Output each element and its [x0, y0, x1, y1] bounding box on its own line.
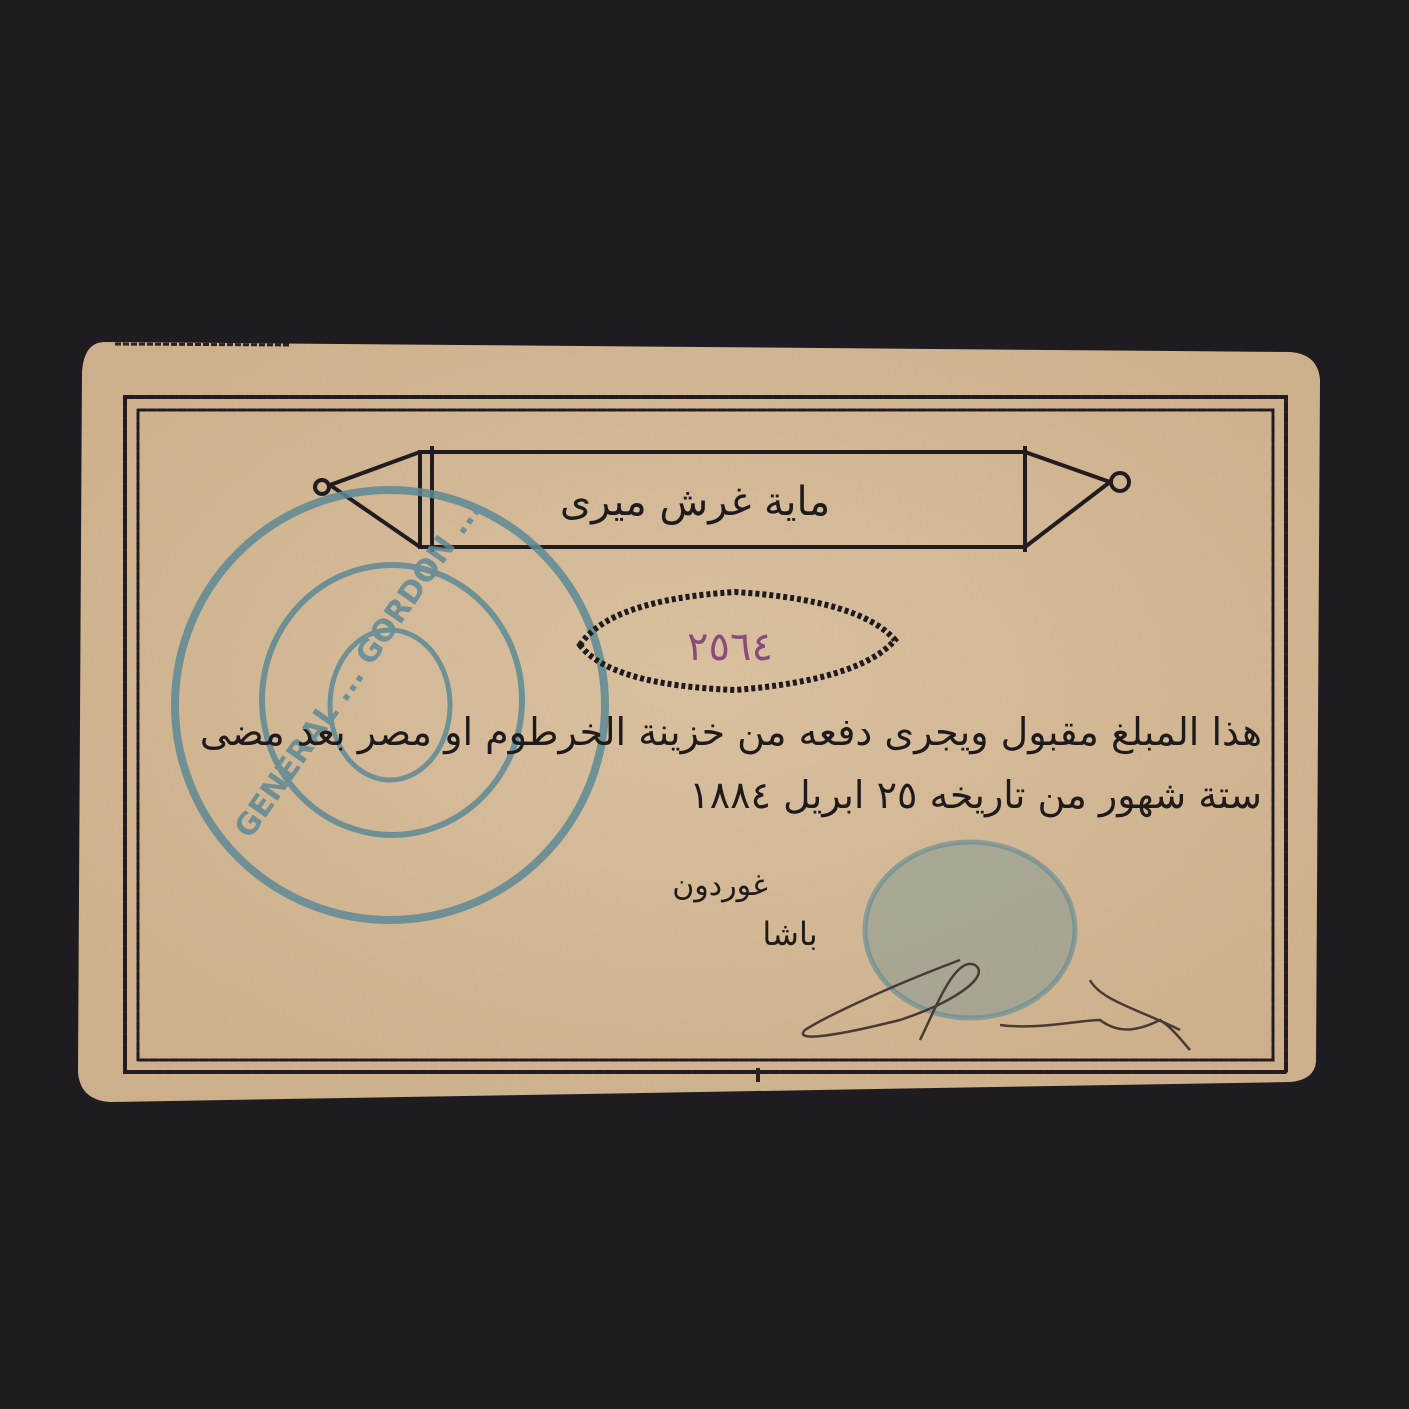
serial-number: ٢٥٦٤	[687, 624, 773, 670]
right-seal-stamp	[865, 842, 1075, 1018]
signatory-name: غوردون	[672, 868, 768, 903]
body-text-line-2: ستة شهور من تاريخه ٢٥ ابريل ١٨٨٤	[689, 773, 1262, 818]
banknote: مایة غرش میری GENERAL ... GORDON ... ٢٥٦…	[78, 342, 1320, 1102]
banknote-photo: مایة غرش میری GENERAL ... GORDON ... ٢٥٦…	[0, 0, 1409, 1409]
denomination-text: مایة غرش میری	[560, 479, 830, 525]
signatory-title: باشا	[762, 915, 817, 953]
body-text-line-1: هذا المبلغ مقبول ويجرى دفعه من خزينة الخ…	[200, 710, 1262, 755]
